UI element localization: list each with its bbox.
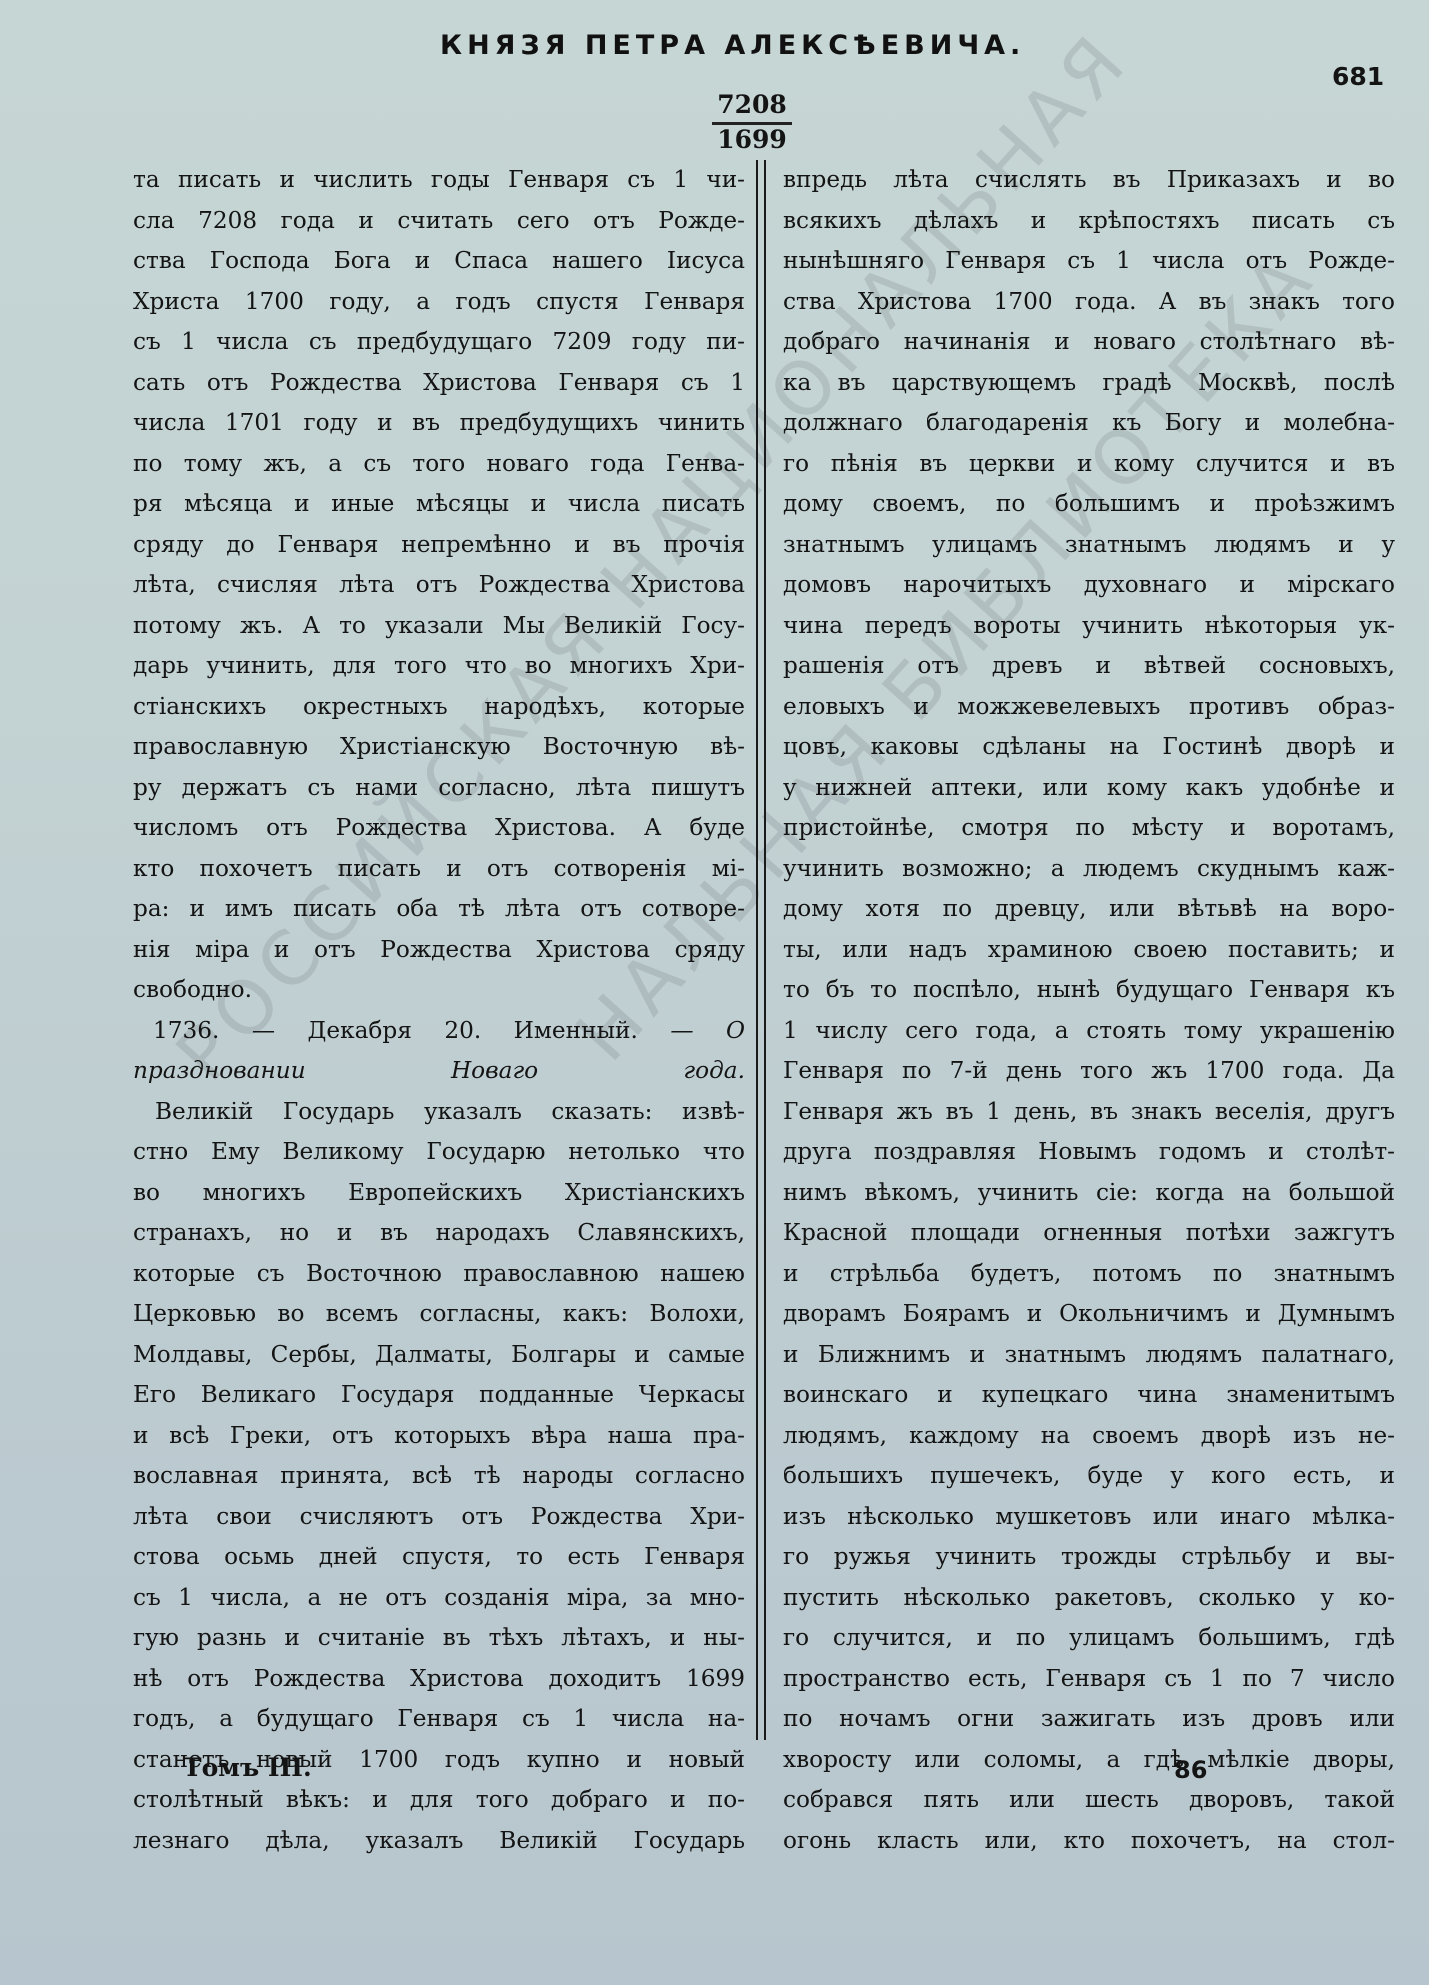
text-line: хворосту или соломы, а гдѣ мѣлкіе дворы, [783, 1740, 1395, 1781]
text-line: добраго начинанія и новаго столѣтнаго вѣ… [783, 322, 1395, 363]
decree-title: праздновании Новаго года. [133, 1051, 745, 1092]
text-line: съ 1 числа, а не отъ созданія міра, за м… [133, 1578, 745, 1619]
decree-heading: 1736. — Декабря 20. Именный. — О [133, 1011, 745, 1052]
text-line: ства Христова 1700 года. А въ знакъ того [783, 282, 1395, 323]
text-line: впредь лѣта счислять въ Приказахъ и во [783, 160, 1395, 201]
text-line: должнаго благодаренія къ Богу и молебна- [783, 403, 1395, 444]
text-line: то бъ то поспѣло, нынѣ будущаго Генваря … [783, 970, 1395, 1011]
text-line: ру держатъ съ нами согласно, лѣта пишутъ [133, 768, 745, 809]
text-line: дому своемъ, по большимъ и проѣзжимъ [783, 484, 1395, 525]
text-line: дворамъ Боярамъ и Окольничимъ и Думнымъ [783, 1294, 1395, 1335]
text-line: всякихъ дѣлахъ и крѣпостяхъ писать съ [783, 201, 1395, 242]
text-line: лѣта свои счисляютъ отъ Рождества Хри- [133, 1497, 745, 1538]
text-line: годъ, а будущаго Генваря съ 1 числа на- [133, 1699, 745, 1740]
text-line: Красной площади огненныя потѣхи зажгутъ [783, 1213, 1395, 1254]
text-line: дарь учинить, для того что во многихъ Хр… [133, 646, 745, 687]
text-line: ты, или надъ храминою своею поставить; и [783, 930, 1395, 971]
text-line: гую разнь и считаніе въ тѣхъ лѣтахъ, и н… [133, 1618, 745, 1659]
text-line: пристойнѣе, смотря по мѣсту и воротамъ, [783, 808, 1395, 849]
text-line: которые съ Восточною православною нашею [133, 1254, 745, 1295]
text-line: у нижней аптеки, или кому какъ удобнѣе и [783, 768, 1395, 809]
text-line: нія міра и отъ Рождества Христова сряду [133, 930, 745, 971]
year-fraction: 7208 1699 [712, 90, 792, 155]
text-line: ства Господа Бога и Спаса нашего Іисуса [133, 241, 745, 282]
text-line: огонь класть или, кто похочетъ, на стол- [783, 1821, 1395, 1862]
text-line: друга поздравляя Новымъ годомъ и столѣт- [783, 1132, 1395, 1173]
text-line: Генваря жъ въ 1 день, въ знакъ веселія, … [783, 1092, 1395, 1133]
text-line: свободно. [133, 970, 745, 1011]
text-line: стіанскихъ окрестныхъ народѣхъ, которые [133, 687, 745, 728]
decree-title-start: — О [670, 1017, 745, 1044]
text-line: рашенія отъ древъ и вѣтвей сосновыхъ, [783, 646, 1395, 687]
text-line: стова осьмь дней спустя, то есть Генваря [133, 1537, 745, 1578]
text-line: лезнаго дѣла, указалъ Великій Государь [133, 1821, 745, 1862]
text-line: нѣ отъ Рождества Христова доходитъ 1699 [133, 1659, 745, 1700]
text-line: дому хотя по древцу, или вѣтьвѣ на воро- [783, 889, 1395, 930]
year-anno-mundi: 7208 [712, 90, 792, 125]
book-page: РОССИЙСКАЯ НАЦИОНАЛЬНАЯ НАЛЬНАЯ БИБЛИОТЕ… [0, 0, 1429, 1985]
year-anno-domini: 1699 [712, 125, 792, 155]
text-line: Генваря по 7-й день того жъ 1700 года. Д… [783, 1051, 1395, 1092]
text-line: ра: и имъ писать оба тѣ лѣта отъ сотворе… [133, 889, 745, 930]
text-line: сать отъ Рождества Христова Генваря съ 1 [133, 363, 745, 404]
text-line: нынѣшняго Генваря съ 1 числа отъ Рожде- [783, 241, 1395, 282]
text-line: еловыхъ и можжевелевыхъ противъ образ- [783, 687, 1395, 728]
text-line: и всѣ Греки, отъ которыхъ вѣра наша пра- [133, 1416, 745, 1457]
text-line: по тому жъ, а съ того новаго года Генва- [133, 444, 745, 485]
text-line: цовъ, каковы сдѣланы на Гостинѣ дворѣ и [783, 727, 1395, 768]
text-line: знатнымъ улицамъ знатнымъ людямъ и у [783, 525, 1395, 566]
text-line: го ружья учинить трожды стрѣльбу и вы- [783, 1537, 1395, 1578]
text-line: го пѣнія въ церкви и кому случится и въ [783, 444, 1395, 485]
column-divider-double-rule [756, 160, 766, 1740]
text-line: домовъ нарочитыхъ духовнаго и мірскаго [783, 565, 1395, 606]
text-line: вославная принята, всѣ тѣ народы согласн… [133, 1456, 745, 1497]
text-line: большихъ пушечекъ, буде у кого есть, и [783, 1456, 1395, 1497]
page-number: 681 [1332, 62, 1384, 91]
signature-mark: 86 [1174, 1756, 1207, 1784]
text-line: 1 числу сего года, а стоять тому украшен… [783, 1011, 1395, 1052]
text-line: стно Ему Великому Государю нетолько что [133, 1132, 745, 1173]
text-line: сла 7208 года и считать сего отъ Рожде- [133, 201, 745, 242]
text-line: Церковью во всемъ согласны, какъ: Волохи… [133, 1294, 745, 1335]
text-line: потому жъ. А то указали Мы Великій Госу- [133, 606, 745, 647]
text-line: Великій Государь указалъ сказать: извѣ- [133, 1092, 745, 1133]
text-line: столѣтный вѣкъ: и для того добраго и по- [133, 1780, 745, 1821]
text-line: во многихъ Европейскихъ Христіанскихъ [133, 1173, 745, 1214]
text-line: Его Великаго Государя подданные Черкасы [133, 1375, 745, 1416]
text-line: пустить нѣсколько ракетовъ, сколько у ко… [783, 1578, 1395, 1619]
text-line: ря мѣсяца и иные мѣсяцы и числа писать [133, 484, 745, 525]
volume-label: Томъ III. [183, 1753, 312, 1782]
text-line: го случится, и по улицамъ большимъ, гдѣ [783, 1618, 1395, 1659]
left-column: та писать и числить годы Генваря съ 1 чи… [133, 160, 745, 1861]
text-line: съ 1 числа съ предбудущаго 7209 году пи- [133, 322, 745, 363]
text-line: воинскаго и купецкаго чина знаменитымъ [783, 1375, 1395, 1416]
text-line: ка въ царствующемъ градѣ Москвѣ, послѣ [783, 363, 1395, 404]
text-line: лѣта, счисляя лѣта отъ Рождества Христов… [133, 565, 745, 606]
text-line: числа 1701 году и въ предбудущихъ чинить [133, 403, 745, 444]
text-line: людямъ, каждому на своемъ дворѣ изъ не- [783, 1416, 1395, 1457]
text-line: по ночамъ огни зажигать изъ дровъ или [783, 1699, 1395, 1740]
text-line: чина передъ вороты учинить нѣкоторыя ук- [783, 606, 1395, 647]
text-line: Христа 1700 году, а годъ спустя Генваря [133, 282, 745, 323]
text-line: нимъ вѣкомъ, учинить сіе: когда на больш… [783, 1173, 1395, 1214]
text-line: и стрѣльба будетъ, потомъ по знатнымъ [783, 1254, 1395, 1295]
text-line: православную Христіанскую Восточную вѣ- [133, 727, 745, 768]
text-line: изъ нѣсколько мушкетовъ или инаго мѣлка- [783, 1497, 1395, 1538]
decree-date: — Декабря 20. Именный. [252, 1017, 638, 1044]
text-line: и Ближнимъ и знатнымъ людямъ палатнаго, [783, 1335, 1395, 1376]
text-line: числомъ отъ Рождества Христова. А буде [133, 808, 745, 849]
text-line: собрався пять или шесть дворовъ, такой [783, 1780, 1395, 1821]
text-line: та писать и числить годы Генваря съ 1 чи… [133, 160, 745, 201]
running-title: КНЯЗЯ ПЕТРА АЛЕКСѢЕВИЧА. [440, 30, 1025, 61]
text-line: сряду до Генваря непремѣнно и въ прочія [133, 525, 745, 566]
text-line: странахъ, но и въ народахъ Славянскихъ, [133, 1213, 745, 1254]
text-line: пространство есть, Генваря съ 1 по 7 чис… [783, 1659, 1395, 1700]
decree-number: 1736. [153, 1017, 219, 1044]
text-line: Молдавы, Сербы, Далматы, Болгары и самые [133, 1335, 745, 1376]
text-line: учинить возможно; а людемъ скуднымъ каж- [783, 849, 1395, 890]
text-line: кто похочетъ писать и отъ сотворенія мі- [133, 849, 745, 890]
right-column: впредь лѣта счислять въ Приказахъ и во в… [783, 160, 1395, 1861]
